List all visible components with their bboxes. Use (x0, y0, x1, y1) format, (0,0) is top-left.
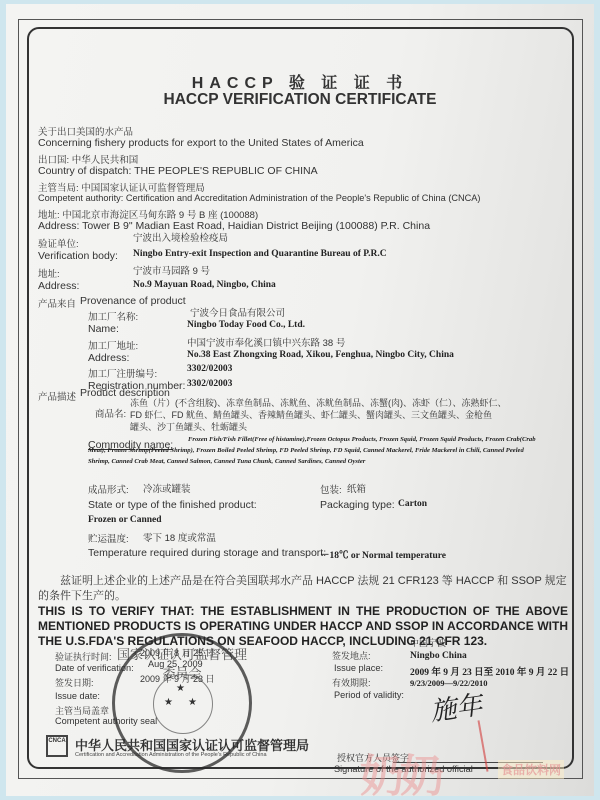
commodity-en: Frozen Fish/Fish Fillet(Free of histamin… (88, 434, 540, 467)
packaging-value-en: Carton (398, 499, 427, 509)
authority-en: Competent authority: Certification and A… (38, 193, 480, 203)
national-emblem-icon: ★ ★ ★ (153, 674, 213, 734)
vb-address-en: No.9 Mayuan Road, Ningbo, China (133, 280, 276, 290)
temperature-label-en: Temperature required during storage and … (88, 547, 326, 559)
authority-address-cn: 地址: 中国北京市海淀区马甸东路 9 号 B 座 (100088) (38, 207, 258, 221)
verification-body-label-en: Verification body: (38, 250, 118, 262)
vb-address-cn: 宁波市马园路 9 号 (133, 263, 210, 277)
verification-body-cn: 宁波出入境检验检疫局 (133, 230, 228, 244)
issue-place-label-en: Issue place: (334, 663, 383, 673)
concerning-cn: 关于出口美国的水产品 (38, 124, 133, 138)
commodity-label-cn: 商品名: (95, 406, 126, 420)
provenance-label-cn: 产品来自 (38, 296, 76, 310)
validity-cn: 2009 年 9 月 23 日至 2010 年 9 月 22 日 (410, 664, 569, 678)
factory-name-label-en: Name: (88, 323, 119, 335)
dispatch-en: Country of dispatch: THE PEOPLE'S REPUBL… (38, 165, 318, 177)
issue-place-cn: 中国宁波 (410, 636, 446, 649)
factory-address-label-cn: 加工厂地址: (88, 338, 138, 352)
official-signature: 施年 (428, 685, 485, 729)
finished-value-cn: 冷冻或罐装 (143, 481, 191, 495)
validity-label-cn: 有效期限: (332, 676, 371, 689)
issue-place-en: Ningbo China (410, 651, 467, 661)
concerning-en: Concerning fishery products for export t… (38, 137, 364, 149)
finished-value-en: Frozen or Canned (88, 515, 162, 525)
factory-name-en: Ningbo Today Food Co., Ltd. (187, 320, 305, 330)
factory-address-cn: 中国宁波市奉化溪口镇中兴东路 38 号 (187, 335, 345, 349)
factory-address-label-en: Address: (88, 352, 129, 364)
factory-address-en: No.38 East Zhongxing Road, Xikou, Fenghu… (187, 350, 454, 360)
packaging-value-cn: 纸箱 (347, 481, 366, 495)
registration-label-cn: 加工厂注册编号: (88, 366, 157, 380)
statement-cn: 兹证明上述企业的上述产品是在符合美国联邦水产品 HACCP 法规 21 CFR1… (38, 574, 568, 604)
official-seal-stamp: 国家认证认可监督管理委员会 ★ ★ ★ (112, 633, 252, 773)
watermark-logo: 奶奶 (360, 740, 440, 800)
verify-date-label-cn: 验证执行时间: (55, 650, 112, 663)
vb-address-label-en: Address: (38, 280, 79, 292)
finished-label-cn: 成品形式: (88, 482, 129, 496)
registration-cn: 3302/02003 (187, 364, 232, 374)
star-icon: ★ (188, 697, 197, 708)
packaging-label-en: Packaging type: (320, 499, 395, 511)
issue-date-label-cn: 签发日期: (55, 676, 94, 689)
finished-label-en: State or type of the finished product: (88, 499, 257, 511)
temperature-value-cn: 零下 18 度或常温 (143, 530, 216, 544)
dispatch-cn: 出口国: 中华人民共和国 (38, 152, 138, 166)
factory-name-cn: 宁波今日食品有限公司 (190, 305, 285, 319)
issue-place-label-cn: 签发地点: (332, 649, 371, 662)
title-english: HACCP VERIFICATION CERTIFICATE (0, 91, 600, 109)
star-icon: ★ (164, 697, 173, 708)
temperature-label-cn: 贮运温度: (88, 531, 129, 545)
validity-label-en: Period of validity: (334, 690, 404, 700)
authority-address-en: Address: Tower B 9" Madian East Road, Ha… (38, 220, 430, 232)
title-chinese: HACCP 验 证 证 书 (0, 70, 600, 93)
issue-date-label-en: Issue date: (55, 691, 100, 701)
commodity-cn-line3: 罐头、沙丁鱼罐头、牡蛎罐头 (130, 420, 247, 433)
description-label-cn: 产品描述 (38, 389, 76, 403)
watermark-site-name: 食品饮料网 (498, 760, 564, 779)
packaging-label-cn: 包装: (320, 482, 342, 496)
statement-en: THIS IS TO VERIFY THAT: THE ESTABLISHMEN… (38, 604, 568, 649)
temperature-value-en: －18℃ or Normal temperature (320, 547, 446, 561)
verification-body-en: Ningbo Entry-exit Inspection and Quarant… (133, 249, 387, 259)
provenance-label-en: Provenance of product (80, 295, 186, 307)
verification-body-label-cn: 验证单位: (38, 236, 79, 250)
vb-address-label-cn: 地址: (38, 266, 60, 280)
factory-name-label-cn: 加工厂名称: (88, 309, 138, 323)
registration-en: 3302/02003 (187, 379, 232, 389)
authority-cn: 主管当局: 中国国家认证认可监督管理局 (38, 180, 205, 194)
cnca-logo: CNCA (46, 735, 68, 757)
star-icon: ★ (176, 683, 185, 694)
